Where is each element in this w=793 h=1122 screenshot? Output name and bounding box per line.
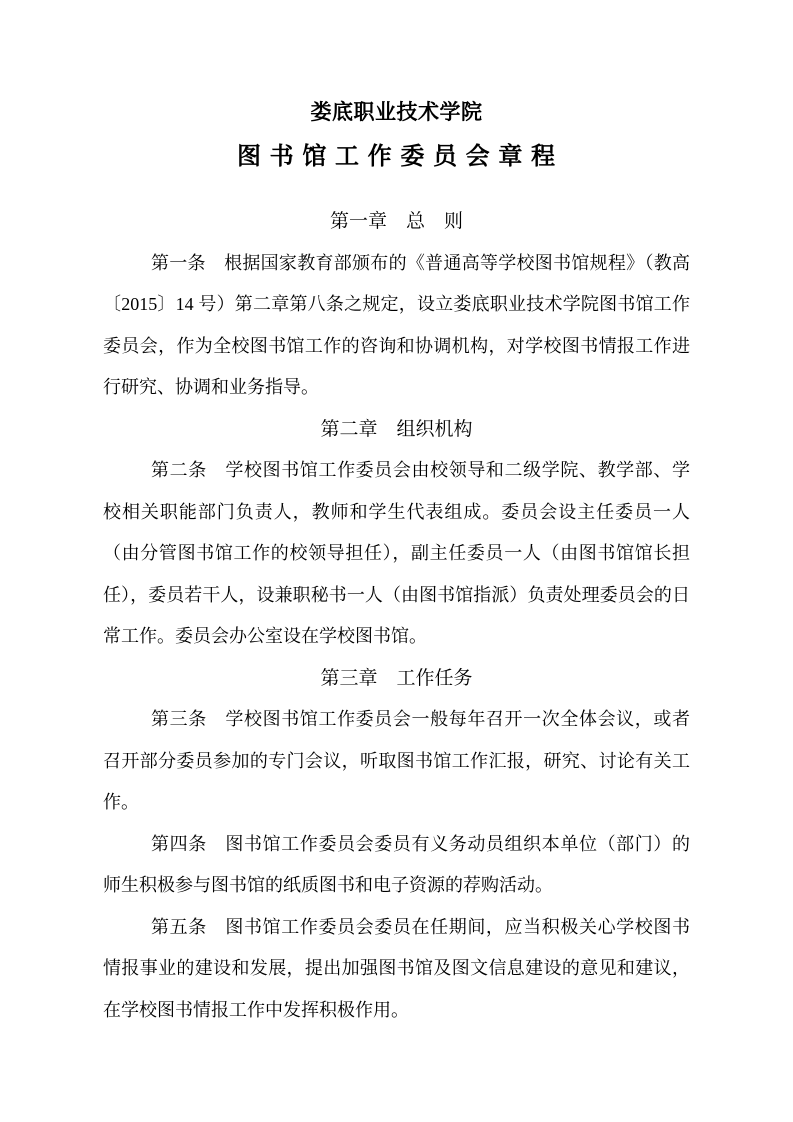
doc-body: 第一章 总 则 第一条 根据国家教育部颁布的《普通高等学校图书馆规程》（教高〔2… — [103, 201, 690, 1031]
article-2-paragraph: 第二条 学校图书馆工作委员会由校领导和二级学院、教学部、学校相关职能部门负责人，… — [103, 450, 690, 658]
section-chapter-3: 第三章 工作任务 第三条 学校图书馆工作委员会一般每年召开一次全体会议，或者召开… — [103, 658, 690, 1032]
document-page: 娄底职业技术学院 图 书 馆 工 作 委 员 会 章 程 第一章 总 则 第一条… — [0, 0, 793, 1122]
chapter-2-heading: 第二章 组织机构 — [103, 409, 690, 451]
doc-title: 图 书 馆 工 作 委 员 会 章 程 — [103, 140, 690, 174]
chapter-1-heading: 第一章 总 则 — [103, 201, 690, 243]
article-5-paragraph: 第五条 图书馆工作委员会委员在任期间，应当积极关心学校图书情报事业的建设和发展，… — [103, 907, 690, 1032]
chapter-3-heading: 第三章 工作任务 — [103, 658, 690, 700]
section-chapter-1: 第一章 总 则 第一条 根据国家教育部颁布的《普通高等学校图书馆规程》（教高〔2… — [103, 201, 690, 409]
section-chapter-2: 第二章 组织机构 第二条 学校图书馆工作委员会由校领导和二级学院、教学部、学校相… — [103, 409, 690, 658]
article-4-paragraph: 第四条 图书馆工作委员会委员有义务动员组织本单位（部门）的师生积极参与图书馆的纸… — [103, 824, 690, 907]
article-1-paragraph: 第一条 根据国家教育部颁布的《普通高等学校图书馆规程》（教高〔2015〕14 号… — [103, 243, 690, 409]
school-title: 娄底职业技术学院 — [103, 98, 690, 128]
article-3-paragraph: 第三条 学校图书馆工作委员会一般每年召开一次全体会议，或者召开部分委员参加的专门… — [103, 699, 690, 824]
